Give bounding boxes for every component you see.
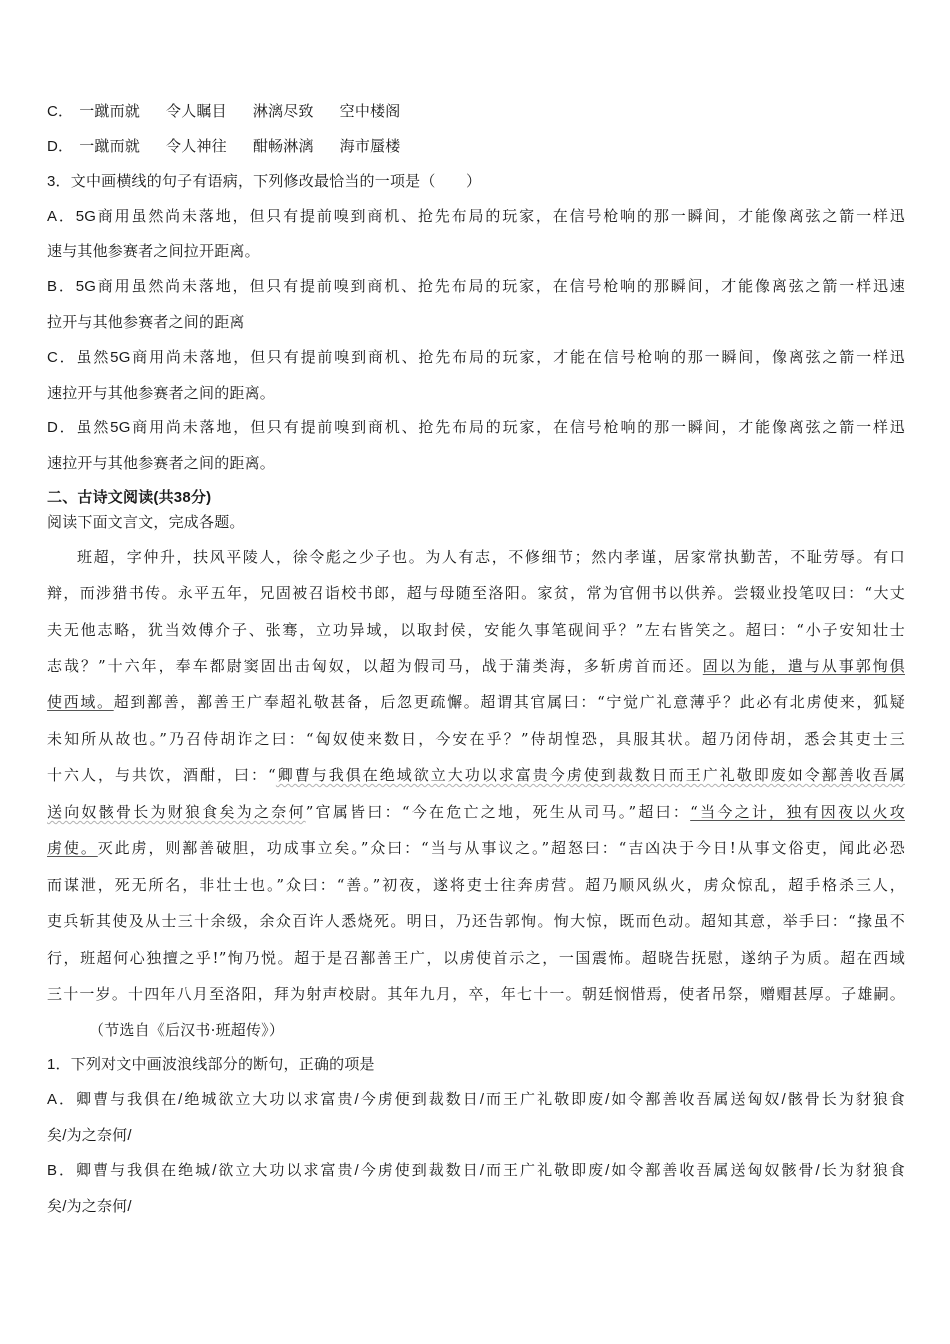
q3-option-d-line1: D．虽然5G商用尚未落地，但只有提前嗅到商机、抢先布局的玩家，在信号枪响的那一瞬… <box>47 418 905 438</box>
underlined-sentence: 固以为能，遣与从事郭恂俱 <box>703 657 905 675</box>
q1-stem: 1．下列对文中画波浪线部分的断句，正确的项是 <box>47 1055 375 1075</box>
q2-option-c: C．一蹴而就令人瞩目淋漓尽致空中楼阁 <box>47 102 400 122</box>
option-text: 卿曹与我俱在绝城/欲立大功以求富贵/今虏使到裁数日/而王广礼敬即废/如令鄯善收吾… <box>76 1162 905 1179</box>
q3-option-c-line2: 速拉开与其他参赛者之间的距离。 <box>47 384 275 404</box>
q2-option-d: D．一蹴而就令人神往酣畅淋漓海市蜃楼 <box>47 137 400 157</box>
passage-citation: （节选自《后汉书·班超传》） <box>47 1020 284 1040</box>
passage-text: 志哉？”十六年，奉车都尉窦固出击匈奴，以超为假司马，战于蒲类海，多斩虏首而还。 <box>47 657 703 675</box>
q1-option-a-line2: 矣/为之奈何/ <box>47 1126 132 1146</box>
option-label: B． <box>47 1162 76 1179</box>
option-text: 虽然5G商用尚未落地，但只有提前嗅到商机、抢先布局的玩家，在信号枪响的那一瞬间，… <box>77 419 906 436</box>
passage-line: 志哉？”十六年，奉车都尉窦固出击匈奴，以超为假司马，战于蒲类海，多斩虏首而还。固… <box>47 656 905 676</box>
section-heading: 二、古诗文阅读(共38分) <box>47 488 211 508</box>
q3-option-d-line2: 速拉开与其他参赛者之间的距离。 <box>47 454 275 474</box>
option-text: 卿曹与我俱在/绝城欲立大功以求富贵/今虏便到裁数日/而王广礼敬即废/如令鄯善收吾… <box>76 1091 905 1108</box>
option-text: 5G商用虽然尚未落地，但只有提前嗅到商机、抢先布局的玩家，在信号枪响的那瞬间，才… <box>76 278 905 295</box>
option-label: C． <box>47 349 77 366</box>
q1-option-b-line1: B．卿曹与我俱在绝城/欲立大功以求富贵/今虏使到裁数日/而王广礼敬即废/如令鄯善… <box>47 1161 905 1181</box>
q1-option-b-line2: 矣/为之奈何/ <box>47 1197 132 1217</box>
passage-line: 夫无他志略，犹当效傅介子、张骞，立功异域，以取封侯，安能久事笔砚间乎？”左右皆笑… <box>47 620 905 640</box>
q3-stem: 3．文中画横线的句子有语病，下列修改最恰当的一项是（ ） <box>47 172 481 192</box>
q3-option-c-line1: C．虽然5G商用尚未落地，但只有提前嗅到商机、抢先布局的玩家，才能在信号枪响的那… <box>47 348 905 368</box>
q1-option-a-line1: A．卿曹与我俱在/绝城欲立大功以求富贵/今虏便到裁数日/而王广礼敬即废/如令鄯善… <box>47 1090 905 1110</box>
option-item: 酣畅淋漓 <box>253 138 314 155</box>
option-item: 令人神往 <box>166 138 227 155</box>
option-item: 令人瞩目 <box>166 103 227 120</box>
passage-text: 灭此虏，则鄯善破胆，功成事立矣。”众曰：“当与从事议之。”超怒曰：“吉凶决于今日… <box>98 839 905 857</box>
option-item: 一蹴而就 <box>79 138 140 155</box>
q3-option-a-line2: 速与其他参赛者之间拉开距离。 <box>47 242 260 262</box>
passage-line: 送向奴骸骨长为财狼食矣为之奈何”官属皆曰：“今在危亡之地，死生从司马。”超曰：“… <box>47 802 905 822</box>
option-label: C． <box>47 103 73 120</box>
passage-line: 而谋泄，死无所名，非壮士也。”众曰：“善。”初夜，遂将吏士往奔虏营。超乃顺风纵火… <box>47 875 905 895</box>
option-item: 空中楼阁 <box>340 103 401 120</box>
q3-option-b-line1: B．5G商用虽然尚未落地，但只有提前嗅到商机、抢先布局的玩家，在信号枪响的那瞬间… <box>47 277 905 297</box>
option-label: A． <box>47 1091 76 1108</box>
section-instruction: 阅读下面文言文，完成各题。 <box>47 513 245 533</box>
underlined-sentence: 使西域。 <box>47 693 114 711</box>
wavy-underlined-text: 卿曹与我俱在绝域欲立大功以求富贵今虏使到裁数日而王广礼敬即废如令鄯善收吾属 <box>276 766 905 784</box>
underlined-sentence: “当今之计，独有因夜以火攻 <box>690 803 905 821</box>
passage-line: 行，班超何心独擅之乎!”恂乃悦。超于是召鄯善王广，以虏使首示之，一国震怖。超晓告… <box>47 948 905 968</box>
passage-text: 超到鄯善，鄯善王广奉超礼敬甚备，后忽更疏懈。超谓其官属曰：“宁觉广礼意薄乎？此必… <box>114 693 905 711</box>
passage-line: 吏兵斩其使及从士三十余级，余众百许人悉烧死。明日，乃还告郭恂。恂大惊，既而色动。… <box>47 911 905 931</box>
option-label: A． <box>47 208 76 225</box>
option-label: B． <box>47 278 76 295</box>
option-label: D． <box>47 419 77 436</box>
option-item: 淋漓尽致 <box>253 103 314 120</box>
passage-line: 虏使。灭此虏，则鄯善破胆，功成事立矣。”众曰：“当与从事议之。”超怒曰：“吉凶决… <box>47 838 905 858</box>
option-text: 5G商用虽然尚未落地，但只有提前嗅到商机、抢先布局的玩家，在信号枪响的那一瞬间，… <box>76 208 905 225</box>
passage-line: 三十一岁。十四年八月至洛阳，拜为射声校尉。其年九月，卒，年七十一。朝廷悯惜焉，使… <box>47 984 905 1004</box>
q3-option-a-line1: A．5G商用虽然尚未落地，但只有提前嗅到商机、抢先布局的玩家，在信号枪响的那一瞬… <box>47 207 905 227</box>
passage-text: 十六人，与共饮，酒酣，曰：“ <box>47 766 276 784</box>
option-label: D． <box>47 138 73 155</box>
q3-option-b-line2: 拉开与其他参赛者之间的距离 <box>47 313 245 333</box>
option-text: 虽然5G商用尚未落地，但只有提前嗅到商机、抢先布局的玩家，才能在信号枪响的那一瞬… <box>77 349 906 366</box>
passage-line: 未知所从故也。”乃召侍胡诈之曰：“匈奴使来数日，今安在乎？”侍胡惶恐，具服其状。… <box>47 729 905 749</box>
option-item: 海市蜃楼 <box>340 138 401 155</box>
passage-line: 班超，字仲升，扶风平陵人，徐令彪之少子也。为人有志，不修细节；然内孝谨，居家常执… <box>47 547 905 567</box>
wavy-underlined-text: 送向奴骸骨长为财狼食矣为之奈何 <box>47 803 306 821</box>
passage-line: 十六人，与共饮，酒酣，曰：“卿曹与我俱在绝域欲立大功以求富贵今虏使到裁数日而王广… <box>47 765 905 785</box>
passage-line: 使西域。超到鄯善，鄯善王广奉超礼敬甚备，后忽更疏懈。超谓其官属曰：“宁觉广礼意薄… <box>47 692 905 712</box>
underlined-sentence: 虏使。 <box>47 839 98 857</box>
passage-text: ”官属皆曰：“今在危亡之地，死生从司马。”超曰： <box>306 803 690 821</box>
passage-line: 辩，而涉猎书传。永平五年，兄固被召诣校书郎，超与母随至洛阳。家贫，常为官佣书以供… <box>47 583 905 603</box>
option-item: 一蹴而就 <box>79 103 140 120</box>
